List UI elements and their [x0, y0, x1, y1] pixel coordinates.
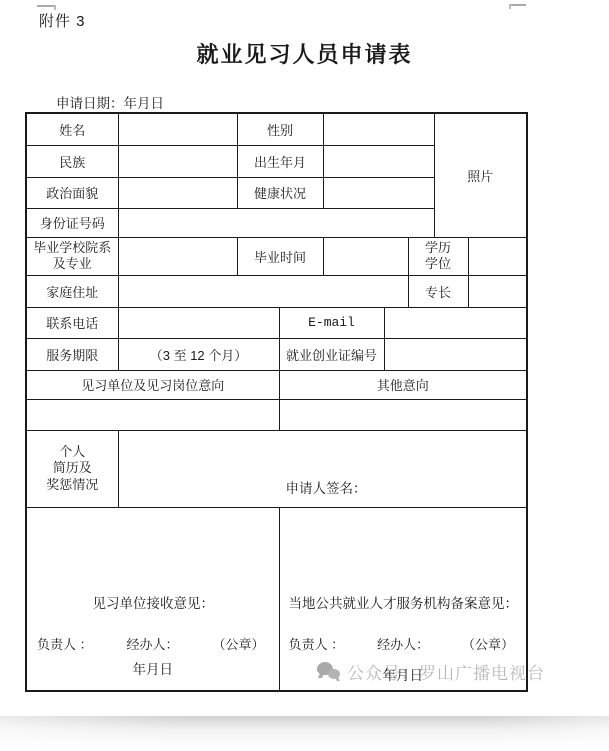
scan-artifact-right: [509, 4, 526, 6]
service-term-hint: （3 至 12 个月）: [150, 348, 248, 363]
address-input-cell[interactable]: [118, 275, 408, 307]
school-input-cell[interactable]: [118, 237, 237, 275]
intent-unit-input-cell[interactable]: [26, 399, 279, 430]
application-form-table: 姓名 性别 照片 民族 出生年月 政治面貌 健康状况 身份证号码 毕业学校院: [25, 112, 528, 692]
application-date-line: 申请日期：年月日: [56, 92, 164, 112]
unit-opinion-cell[interactable]: 见习单位接收意见： 负责人 ： 经办人： （公章） 年月日: [26, 507, 279, 691]
resume-input-cell[interactable]: 申请人签名：: [118, 430, 527, 507]
health-input-cell[interactable]: [323, 177, 434, 208]
address-label: 家庭住址: [26, 275, 118, 307]
principal-label: 负责人 ：: [289, 634, 345, 653]
scan-artifact-left: [37, 5, 56, 7]
unit-opinion-title: 见习单位接收意见：: [27, 586, 279, 612]
specialty-input-cell[interactable]: [468, 275, 527, 307]
photo-cell[interactable]: 照片: [434, 113, 527, 237]
degree-input-cell[interactable]: [468, 237, 527, 275]
name-label: 姓名: [26, 113, 118, 145]
id-number-input-cell[interactable]: [118, 208, 434, 237]
ethnicity-label: 民族: [26, 145, 118, 177]
phone-label: 联系电话: [26, 307, 118, 338]
page-bottom-shadow: [0, 716, 609, 751]
degree-label: 学历 学位: [408, 237, 468, 275]
seal-label: （公章）: [462, 634, 514, 653]
gender-input-cell[interactable]: [323, 113, 434, 145]
attachment-label: 附件 3: [39, 10, 86, 31]
graduation-time-label: 毕业时间: [237, 237, 323, 275]
handler-label: 经办人：: [127, 634, 179, 653]
gender-label: 性别: [237, 113, 323, 145]
name-input-cell[interactable]: [118, 113, 237, 145]
page-title: 就业见习人员申请表: [0, 38, 609, 69]
applicant-sign-label: 申请人签名：: [286, 477, 367, 497]
specialty-label: 专长: [408, 275, 468, 307]
agency-sign-line: 负责人 ： 经办人： （公章）: [280, 634, 527, 653]
service-term-input-cell[interactable]: （3 至 12 个月）: [118, 338, 279, 370]
graduation-time-input-cell[interactable]: [323, 237, 408, 275]
email-input-cell[interactable]: [384, 307, 527, 338]
handler-label: 经办人：: [377, 634, 429, 653]
school-label: 毕业学校院系 及专业: [26, 237, 118, 275]
health-label: 健康状况: [237, 177, 323, 208]
intent-other-input-cell[interactable]: [279, 399, 527, 430]
principal-label: 负责人 ：: [37, 634, 93, 653]
cert-number-input-cell[interactable]: [384, 338, 527, 370]
unit-sign-line: 负责人 ： 经办人： （公章）: [27, 634, 279, 653]
ethnicity-input-cell[interactable]: [118, 145, 237, 177]
document-page: 附件 3 就业见习人员申请表 申请日期：年月日 公众号：罗山广播电视台 姓名 性…: [0, 0, 609, 751]
cert-number-label: 就业创业证编号: [279, 338, 384, 370]
intent-other-header: 其他意向: [279, 370, 527, 399]
birth-month-label: 出生年月: [237, 145, 323, 177]
agency-date-stamp: 年月日: [280, 664, 527, 684]
phone-input-cell[interactable]: [118, 307, 279, 338]
email-label: E-mail: [279, 307, 384, 338]
service-term-label: 服务期限: [26, 338, 118, 370]
photo-label: 照片: [467, 169, 493, 184]
unit-date-stamp: 年月日: [27, 658, 279, 678]
seal-label: （公章）: [212, 634, 264, 653]
id-number-label: 身份证号码: [26, 208, 118, 237]
agency-opinion-title: 当地公共就业人才服务机构备案意见：: [280, 586, 527, 612]
intent-unit-header: 见习单位及见习岗位意向: [26, 370, 279, 399]
agency-opinion-cell[interactable]: 当地公共就业人才服务机构备案意见： 负责人 ： 经办人： （公章） 年月日: [279, 507, 527, 691]
political-status-input-cell[interactable]: [118, 177, 237, 208]
birth-month-input-cell[interactable]: [323, 145, 434, 177]
political-status-label: 政治面貌: [26, 177, 118, 208]
resume-label: 个人 简历及 奖惩情况: [26, 430, 118, 507]
